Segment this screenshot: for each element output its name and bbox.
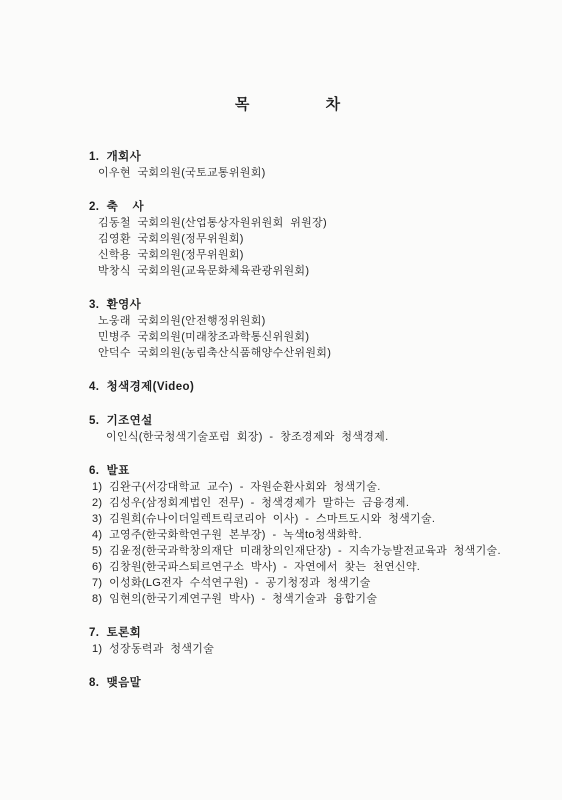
section-keynote-speech: 5. 기조연설 이인식(한국청색기술포럼 회장) - 창조경제와 청색경제. [89,413,532,445]
section-heading: 4. 청색경제(Video) [89,379,532,395]
section-heading: 2. 축 사 [89,199,532,215]
toc-item: 김영환 국회의원(정무위원회) [89,231,532,247]
toc-item: 박창식 국회의원(교육문화체육관광위원회) [89,263,532,279]
toc-item: 이인식(한국청색기술포럼 회장) - 창조경제와 청색경제. [89,429,532,445]
document-page: 목 차 1. 개회사 이우현 국회의원(국토교통위원회) 2. 축 사 김동철 … [0,0,562,800]
toc-content: 1. 개회사 이우현 국회의원(국토교통위원회) 2. 축 사 김동철 국회의원… [89,149,532,691]
page-title: 목 차 [14,96,562,113]
section-opening-address: 1. 개회사 이우현 국회의원(국토교통위원회) [89,149,532,181]
section-heading: 6. 발표 [89,463,532,479]
toc-item: 7) 이성화(LG전자 수석연구원) - 공기청정과 청색기술 [89,575,532,591]
section-congratulatory-address: 2. 축 사 김동철 국회의원(산업통상자원위원회 위원장) 김영환 국회의원(… [89,199,532,279]
section-blue-economy-video: 4. 청색경제(Video) [89,379,532,395]
toc-item: 1) 김완구(서강대학교 교수) - 자원순환사회와 청색기술. [89,479,532,495]
toc-item: 6) 김창원(한국파스퇴르연구소 박사) - 자연에서 찾는 천연신약. [89,559,532,575]
section-presentations: 6. 발표 1) 김완구(서강대학교 교수) - 자원순환사회와 청색기술. 2… [89,463,532,607]
toc-item: 민병주 국회의원(미래창조과학통신위원회) [89,329,532,345]
toc-item: 8) 임현의(한국기계연구원 박사) - 청색기술과 융합기술 [89,591,532,607]
section-welcome-address: 3. 환영사 노웅래 국회의원(안전행정위원회) 민병주 국회의원(미래창조과학… [89,297,532,361]
section-heading: 3. 환영사 [89,297,532,313]
section-heading: 7. 토론회 [89,625,532,641]
toc-item: 노웅래 국회의원(안전행정위원회) [89,313,532,329]
toc-item: 2) 김성우(삼정회계법인 전무) - 청색경제가 말하는 금융경제. [89,495,532,511]
toc-item: 1) 성장동력과 청색기술 [89,641,532,657]
section-heading: 8. 맺음말 [89,675,532,691]
toc-item: 안덕수 국회의원(농림축산식품해양수산위원회) [89,345,532,361]
section-heading: 1. 개회사 [89,149,532,165]
toc-item: 4) 고영주(한국화학연구원 본부장) - 녹색to청색화학. [89,527,532,543]
section-closing-remarks: 8. 맺음말 [89,675,532,691]
toc-item: 5) 김윤정(한국과학창의재단 미래창의인재단장) - 지속가능발전교육과 청색… [89,543,532,559]
toc-item: 이우현 국회의원(국토교통위원회) [89,165,532,181]
section-heading: 5. 기조연설 [89,413,532,429]
toc-item: 3) 김원희(슈나이더일렉트릭코리아 이사) - 스마트도시와 청색기술. [89,511,532,527]
toc-item: 신학용 국회의원(정무위원회) [89,247,532,263]
section-panel-discussion: 7. 토론회 1) 성장동력과 청색기술 [89,625,532,657]
toc-item: 김동철 국회의원(산업통상자원위원회 위원장) [89,215,532,231]
